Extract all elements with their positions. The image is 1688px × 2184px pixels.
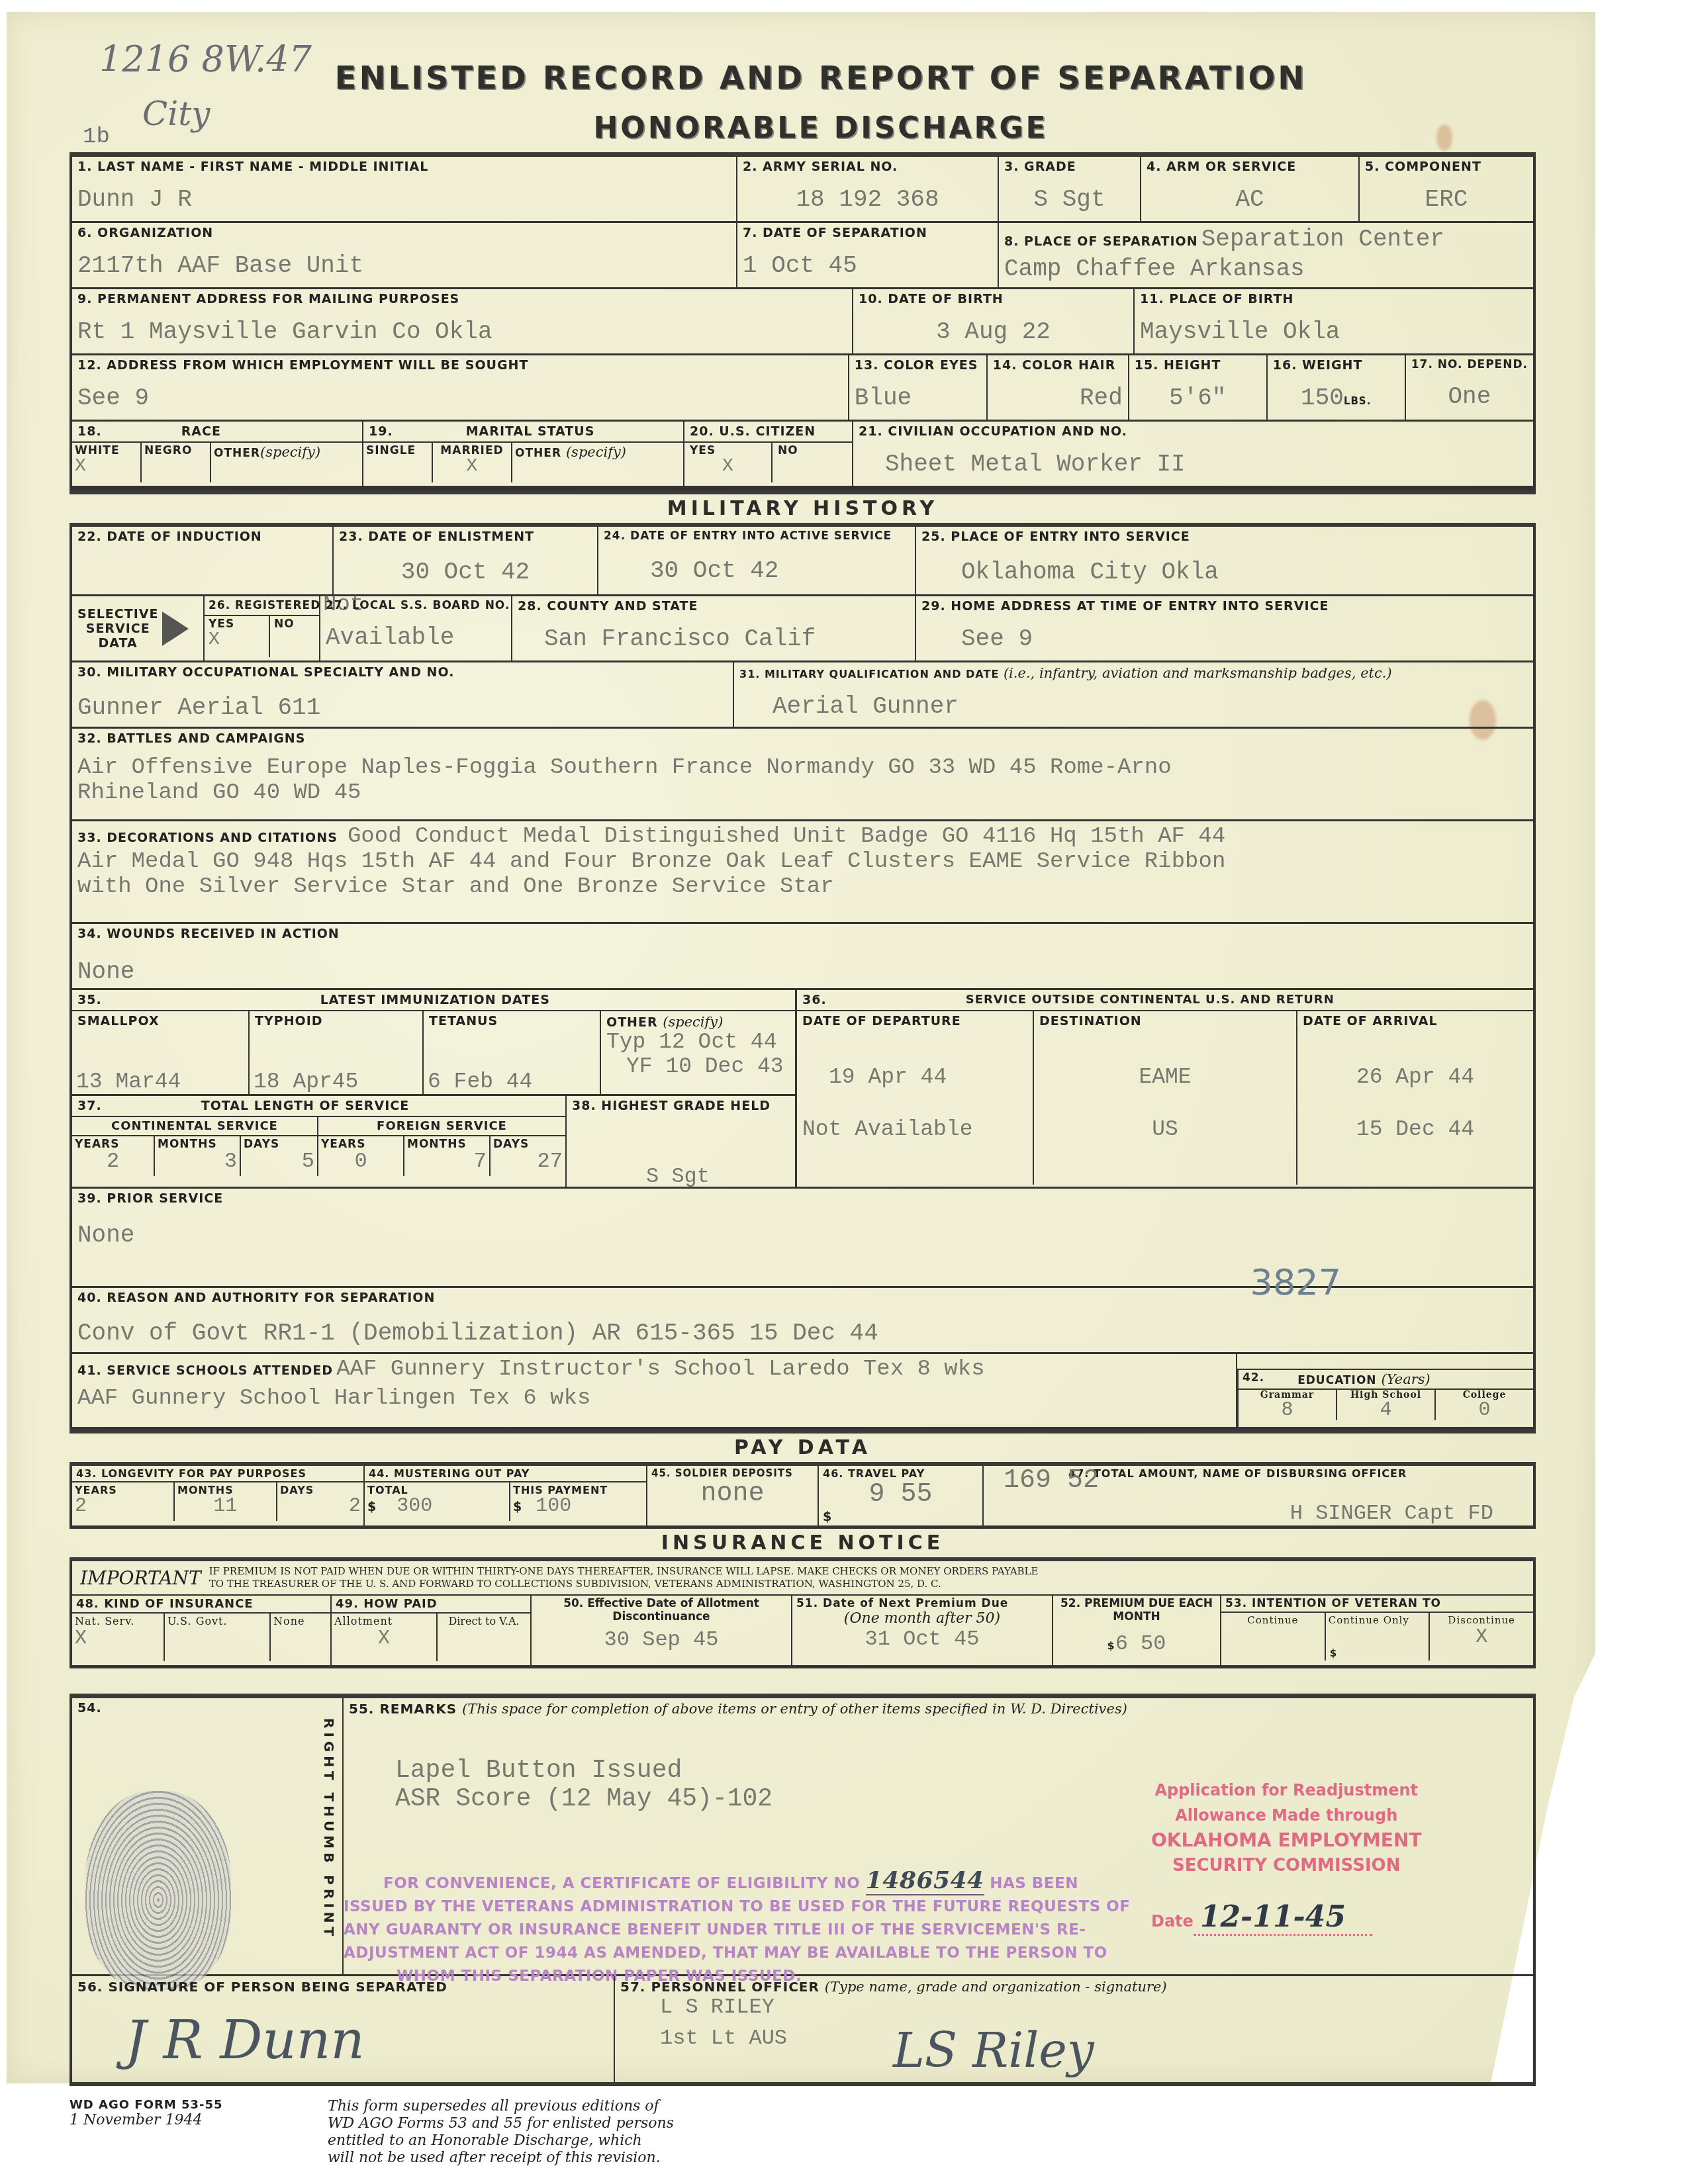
deposits-value: none (651, 1479, 814, 1509)
arm-value: AC (1147, 186, 1353, 213)
field-label: 30. MILITARY OCCUPATIONAL SPECIALTY AND … (77, 665, 727, 680)
typed-code: 1b (83, 124, 110, 150)
county-state-value: San Francisco Calif (544, 625, 910, 653)
continental-service: CONTINENTAL SERVICE YEARS2 MONTHS3 DAYS5 (72, 1117, 318, 1176)
registered-no-box[interactable]: NO (270, 616, 319, 657)
employment-stamp: Application for Readjustment Allowance M… (1151, 1778, 1422, 1934)
battles-line2: Rhineland GO 40 WD 45 (77, 780, 1528, 805)
citizen-yes-box[interactable]: YES X (684, 443, 773, 482)
field-label: EDUCATION (1297, 1374, 1376, 1387)
field-label: 8. PLACE OF SEPARATION (1004, 234, 1198, 249)
departure-value: 19 Apr 44 (829, 1065, 1027, 1089)
typhoid-cell: TYPHOID 18 Apr45 (250, 1011, 424, 1094)
option-label: MARRIED (436, 444, 508, 457)
column-label: Allotment (334, 1615, 434, 1627)
field-reason: 40. REASON AND AUTHORITY FOR SEPARATION … (72, 1288, 1533, 1354)
field-label: 51. Date of Next Premium Due (796, 1597, 1048, 1610)
currency-symbol: $ (367, 1500, 377, 1514)
stamp-text: HAS BEEN (990, 1875, 1078, 1892)
decorations-line1: Good Conduct Medal Distinguished Unit Ba… (348, 824, 1225, 849)
field-race: 18. RACE WHITE X NEGRO OTHER(specify) (72, 422, 363, 488)
home-address-entry-value: See 9 (961, 625, 1528, 653)
field-civilian-occupation: 21. CIVILIAN OCCUPATION AND NO. Sheet Me… (853, 422, 1533, 488)
field-label: 37. (77, 1099, 102, 1113)
certificate-number: 1486544 (866, 1866, 984, 1895)
officer-name: L S RILEY (660, 1995, 1528, 2019)
field-county-state: 28. COUNTY AND STATE San Francisco Calif (512, 596, 916, 662)
intent-continue-only-box[interactable]: Continue Only$ (1326, 1613, 1430, 1661)
column-label: TOTAL (367, 1484, 506, 1496)
section-insurance: INSURANCE NOTICE (70, 1529, 1536, 1561)
field-mos: 30. MILITARY OCCUPATIONAL SPECIALTY AND … (72, 662, 734, 729)
occupation-value: Sheet Metal Worker II (885, 451, 1528, 478)
stamp-text: ADJUSTMENT ACT OF 1944 AS AMENDED, THAT … (344, 1942, 1130, 1965)
stamp-text: Date (1151, 1912, 1194, 1931)
section-pay-data: PAY DATA (70, 1430, 1536, 1466)
highschool-years: 4 (1337, 1400, 1434, 1420)
immunization-header: 35. LATEST IMMUNIZATION DATES (72, 990, 795, 1011)
ss-label: DATA (77, 636, 158, 651)
field-induction: 22. DATE OF INDUCTION (72, 527, 334, 596)
race-negro-box[interactable]: NEGRO (142, 443, 211, 482)
paid-allotment-box[interactable]: AllotmentX (332, 1614, 438, 1661)
field-label: 42. (1243, 1371, 1264, 1387)
weight-value: 150 (1301, 385, 1344, 412)
field-enlistment: 23. DATE OF ENLISTMENT 30 Oct 42 (334, 527, 598, 596)
marital-single-box[interactable]: SINGLE (363, 443, 433, 482)
field-component: 5. COMPONENT ERC (1360, 157, 1533, 223)
field-label: 13. COLOR EYES (855, 358, 981, 373)
field-kind-insurance: 48. KIND OF INSURANCE Nat. Serv.X U.S. G… (72, 1596, 332, 1665)
option-label: YES (690, 444, 766, 457)
arrival-column: DATE OF ARRIVAL 26 Apr 44 15 Dec 44 (1297, 1011, 1533, 1185)
stamp-text: SECURITY COMMISSION (1151, 1853, 1422, 1878)
field-label: 41. SERVICE SCHOOLS ATTENDED (77, 1363, 333, 1378)
field-label: 11. PLACE OF BIRTH (1140, 292, 1528, 306)
field-place-birth: 11. PLACE OF BIRTH Maysville Okla (1135, 289, 1533, 355)
row-reason: 40. REASON AND AUTHORITY FOR SEPARATION … (70, 1288, 1536, 1354)
active-service-value: 30 Oct 42 (650, 557, 910, 584)
field-label: 20. U.S. CITIZEN (690, 424, 847, 439)
supersede-notice: This form supersedes all previous editio… (328, 2098, 674, 2167)
ss-label: SELECTIVE (77, 607, 158, 621)
row-address: 9. PERMANENT ADDRESS FOR MAILING PURPOSE… (70, 289, 1536, 355)
race-other-box[interactable]: OTHER(specify) (211, 443, 362, 482)
height-value: 5'6" (1135, 385, 1261, 412)
total-length: 37. TOTAL LENGTH OF SERVICE CONTINENTAL … (72, 1096, 567, 1189)
place-entry-value: Oklahoma City Okla (961, 559, 1528, 586)
field-education: 42. EDUCATION (Years) Grammar8 High Scho… (1237, 1369, 1533, 1427)
row-identity: 1. LAST NAME - FIRST NAME - MIDDLE INITI… (70, 157, 1536, 223)
column-label: YEARS (75, 1484, 171, 1496)
field-label: 17. NO. DEPEND. (1411, 358, 1528, 371)
field-label: 24. DATE OF ENTRY INTO ACTIVE SERVICE (604, 529, 910, 543)
battles-line1: Air Offensive Europe Naples-Foggia South… (77, 755, 1528, 780)
field-date-separation: 7. DATE OF SEPARATION 1 Oct 45 (737, 223, 999, 289)
field-wounds: 34. WOUNDS RECEIVED IN ACTION None (72, 924, 1533, 990)
birth-date-value: 3 Aug 22 (859, 318, 1128, 345)
component-value: ERC (1365, 186, 1528, 213)
row-physical: 12. ADDRESS FROM WHICH EMPLOYMENT WILL B… (70, 355, 1536, 422)
field-label: 6. ORGANIZATION (77, 226, 731, 240)
check-mark: X (209, 631, 265, 649)
insurance-none-box[interactable]: None (271, 1614, 330, 1661)
row-pay: 43. LONGEVITY FOR PAY PURPOSES YEARS2 MO… (70, 1466, 1536, 1529)
paid-direct-box[interactable]: Direct to V.A. (438, 1614, 530, 1661)
foreign-months: 7 (407, 1151, 487, 1172)
form-number: WD AGO FORM 53-55 (70, 2098, 223, 2112)
field-label: 43. LONGEVITY FOR PAY PURPOSES (76, 1467, 359, 1480)
field-label: 39. PRIOR SERVICE (77, 1191, 1528, 1206)
field-soldier-deposits: 45. SOLDIER DEPOSITS none (647, 1466, 819, 1525)
field-label: 53. INTENTION OF VETERAN TO (1225, 1597, 1529, 1610)
field-date-birth: 10. DATE OF BIRTH 3 Aug 22 (853, 289, 1135, 355)
field-label: 16. WEIGHT (1273, 358, 1399, 373)
column-label: THIS PAYMENT (513, 1484, 643, 1496)
schools-line2: AAF Gunnery School Harlingen Tex 6 wks (77, 1386, 1231, 1411)
field-decorations: 33. DECORATIONS AND CITATIONS Good Condu… (72, 821, 1533, 924)
currency-symbol: $ (1330, 1647, 1337, 1659)
field-label: 57. PERSONNEL OFFICER (620, 1979, 820, 1995)
intent-discontinue-box[interactable]: DiscontinueX (1430, 1613, 1533, 1661)
check-mark: X (1432, 1626, 1530, 1649)
option-hint: (specify) (260, 444, 320, 460)
departure-column: DATE OF DEPARTURE 19 Apr 44 Not Availabl… (797, 1011, 1034, 1185)
column-label: None (273, 1615, 328, 1627)
longevity-years: 2 (75, 1496, 171, 1516)
field-organization: 6. ORGANIZATION 2117th AAF Base Unit (72, 223, 737, 289)
field-label: 31. MILITARY QUALIFICATION AND DATE (739, 668, 999, 680)
serial-value: 18 192 368 (743, 186, 992, 213)
place-separation-line1: Separation Center (1201, 226, 1444, 253)
premium-value: 6 50 (1115, 1631, 1166, 1656)
column-label: Continue Only (1329, 1614, 1427, 1626)
document-subtitle: HONORABLE DISCHARGE (324, 111, 1317, 145)
field-thumbprint: 54. RIGHT THUMB PRINT (72, 1698, 344, 1976)
column-label: U.S. Govt. (167, 1615, 267, 1627)
mustering-total: 300 (397, 1496, 432, 1516)
dependents-value: One (1411, 383, 1528, 410)
field-label: 12. ADDRESS FROM WHICH EMPLOYMENT WILL B… (77, 358, 843, 373)
currency-symbol: $ (823, 1510, 832, 1524)
option-label: NEGRO (144, 444, 207, 457)
wounds-value: None (77, 958, 1528, 985)
field-battles: 32. BATTLES AND CAMPAIGNS Air Offensive … (72, 729, 1533, 821)
mustering-this-payment: 100 (536, 1496, 571, 1516)
row-status: 18. RACE WHITE X NEGRO OTHER(specify) (70, 422, 1536, 490)
check-mark: X (75, 1627, 161, 1650)
field-label: 47. TOTAL AMOUNT, NAME OF DISBURSING OFF… (1068, 1467, 1528, 1480)
field-height: 15. HEIGHT 5'6" (1129, 355, 1268, 422)
decorations-line2: Air Medal GO 948 Hqs 15th AF 44 and Four… (77, 849, 1528, 874)
field-total-amount: 47. TOTAL AMOUNT, NAME OF DISBURSING OFF… (984, 1466, 1533, 1525)
option-hint: (specify) (566, 444, 626, 460)
column-label: OTHER (606, 1015, 658, 1030)
field-label: 5. COMPONENT (1365, 159, 1528, 174)
next-premium-value: 31 Oct 45 (796, 1627, 1048, 1651)
field-longevity: 43. LONGEVITY FOR PAY PURPOSES YEARS2 MO… (72, 1466, 365, 1525)
field-employment-address: 12. ADDRESS FROM WHICH EMPLOYMENT WILL B… (72, 355, 849, 422)
field-label: SERVICE OUTSIDE CONTINENTAL U.S. AND RET… (966, 993, 1335, 1007)
field-label: 22. DATE OF INDUCTION (77, 529, 327, 544)
marital-married-box[interactable]: MARRIED X (433, 443, 512, 482)
field-label: LATEST IMMUNIZATION DATES (320, 993, 550, 1007)
foreign-service: FOREIGN SERVICE YEARS0 MONTHS7 DAYS27 (318, 1117, 565, 1176)
row-mos: 30. MILITARY OCCUPATIONAL SPECIALTY AND … (70, 662, 1536, 729)
field-intention: 53. INTENTION OF VETERAN TO Continue Con… (1221, 1596, 1533, 1665)
column-label: Continue (1224, 1614, 1322, 1626)
option-label: OTHER (515, 447, 561, 460)
field-permanent-address: 9. PERMANENT ADDRESS FOR MAILING PURPOSE… (72, 289, 853, 355)
stamp-text: ISSUED BY THE VETERANS ADMINISTRATION TO… (344, 1895, 1130, 1919)
row-decorations: 33. DECORATIONS AND CITATIONS Good Condu… (70, 821, 1536, 924)
field-personnel-officer: 57. PERSONNEL OFFICER (Type name, grade … (615, 1976, 1533, 2082)
stamped-number: 3827 (1250, 1261, 1341, 1303)
immunization-grid: SMALLPOX 13 Mar44 TYPHOID 18 Apr45 TETAN… (72, 1011, 795, 1096)
notice-line: will not be used after receipt of this r… (328, 2150, 674, 2167)
option-label: YES (209, 617, 265, 631)
row-schools: 41. SERVICE SCHOOLS ATTENDED AAF Gunnery… (70, 1354, 1536, 1430)
field-hair: 14. COLOR HAIR Red (988, 355, 1129, 422)
field-registered: 26. REGISTERED YES X NO (205, 596, 320, 662)
option-label: OTHER (214, 447, 260, 460)
form-date: 1 November 1944 (70, 2112, 223, 2128)
field-label: 52. PREMIUM DUE EACH MONTH (1057, 1597, 1216, 1623)
field-label: 38. HIGHEST GRADE HELD (572, 1099, 790, 1113)
field-label: 45. SOLDIER DEPOSITS (651, 1467, 814, 1479)
option-label: WHITE (75, 444, 138, 457)
weight-unit: LBS. (1344, 395, 1372, 407)
field-weight: 16. WEIGHT 150LBS. (1268, 355, 1406, 422)
total-amount-value: 169 52 (1004, 1466, 1099, 1496)
discharge-form: 1. LAST NAME - FIRST NAME - MIDDLE INITI… (70, 152, 1536, 2184)
hair-value: Red (993, 385, 1123, 412)
field-label: 23. DATE OF ENLISTMENT (339, 529, 592, 544)
field-hint: (One month after 50) (796, 1610, 1048, 1627)
field-label: 54. (77, 1701, 337, 1715)
effective-date-value: 30 Sep 45 (536, 1627, 787, 1652)
row-remarks: 54. RIGHT THUMB PRINT 55. REMARKS (This … (70, 1698, 1536, 1976)
citizen-no-box[interactable]: NO (773, 443, 852, 482)
thumb-print-label: RIGHT THUMB PRINT (321, 1718, 337, 1940)
foreign-years: 0 (321, 1151, 400, 1172)
row-organization: 6. ORGANIZATION 2117th AAF Base Unit 7. … (70, 223, 1536, 289)
field-label: 19. (369, 424, 393, 439)
schools-line1: AAF Gunnery Instructor's School Laredo T… (336, 1357, 984, 1382)
veteran-signature: J R Dunn (125, 2009, 365, 2071)
insurance-usgovt-box[interactable]: U.S. Govt. (165, 1614, 271, 1661)
row-entry: 22. DATE OF INDUCTION 23. DATE OF ENLIST… (70, 527, 1536, 596)
row-insurance-notice: IMPORTANT IF PREMIUM IS NOT PAID WHEN DU… (70, 1561, 1536, 1596)
mos-value: Gunner Aerial 611 (77, 694, 727, 721)
field-grade: 3. GRADE S Sgt (999, 157, 1141, 223)
notice-line: This form supersedes all previous editio… (328, 2098, 674, 2115)
field-label: 27. LOCAL S.S. BOARD NO. (326, 599, 506, 612)
column-label: Discontinue (1432, 1614, 1530, 1626)
intent-continue-box[interactable]: Continue (1221, 1613, 1326, 1661)
check-mark: X (690, 457, 766, 476)
continental-days: 5 (244, 1151, 314, 1172)
arrival-value: 15 Dec 44 (1303, 1117, 1528, 1142)
field-signature-separated: 56. SIGNATURE OF PERSON BEING SEPARATED … (72, 1976, 615, 2082)
highest-grade-value: S Sgt (646, 1164, 710, 1189)
field-label: 10. DATE OF BIRTH (859, 292, 1128, 306)
field-label: TOTAL LENGTH OF SERVICE (201, 1099, 410, 1113)
field-label: 21. CIVILIAN OCCUPATION AND NO. (859, 424, 1528, 439)
field-label: 32. BATTLES AND CAMPAIGNS (77, 731, 1528, 746)
stamp-text: Application for Readjustment (1151, 1778, 1422, 1803)
decorations-line3: with One Silver Service Star and One Bro… (77, 874, 1528, 899)
field-label: FOREIGN SERVICE (320, 1119, 563, 1133)
selective-service-block: SELECTIVE SERVICE DATA (72, 596, 205, 662)
field-label: 14. COLOR HAIR (993, 358, 1123, 373)
field-label: 44. MUSTERING OUT PAY (369, 1467, 642, 1480)
smallpox-cell: SMALLPOX 13 Mar44 (72, 1011, 250, 1094)
destination-value: US (1039, 1117, 1291, 1142)
longevity-days: 2 (280, 1496, 361, 1516)
service-outside-block: 36. SERVICE OUTSIDE CONTINENTAL U.S. AND… (797, 990, 1533, 1189)
race-white-box[interactable]: WHITE X (72, 443, 142, 482)
currency-symbol: $ (1107, 1639, 1115, 1652)
stamp-text: Allowance Made through (1151, 1803, 1422, 1828)
check-mark: X (75, 457, 138, 476)
form-footer: WD AGO FORM 53-55 1 November 1944 This f… (70, 2086, 1536, 2184)
va-eligibility-stamp: FOR CONVENIENCE, A CERTIFICATE OF ELIGIB… (344, 1869, 1130, 1988)
column-label: DATE OF ARRIVAL (1303, 1014, 1528, 1028)
field-place-separation: 8. PLACE OF SEPARATION Separation Center… (999, 223, 1533, 289)
officer-signature: LS Riley (893, 2023, 1094, 2078)
field-home-address-entry: 29. HOME ADDRESS AT TIME OF ENTRY INTO S… (916, 596, 1533, 662)
row-selective-service: SELECTIVE SERVICE DATA 26. REGISTERED YE… (70, 596, 1536, 662)
important-label: IMPORTANT (72, 1567, 209, 1589)
smallpox-value: 13 Mar44 (76, 1069, 181, 1094)
foreign-days: 27 (493, 1151, 563, 1172)
field-next-premium: 51. Date of Next Premium Due (One month … (792, 1596, 1053, 1665)
field-label: 35. (77, 993, 102, 1007)
section-military-history: MILITARY HISTORY (70, 490, 1536, 527)
field-label: 18. (77, 424, 102, 439)
column-label: TETANUS (429, 1014, 594, 1028)
field-label: 1. LAST NAME - FIRST NAME - MIDDLE INITI… (77, 159, 731, 174)
college-years: 0 (1436, 1400, 1533, 1420)
field-label: 56. SIGNATURE OF PERSON BEING SEPARATED (77, 1979, 608, 1995)
field-label: MARITAL STATUS (466, 424, 595, 439)
field-active-service: 24. DATE OF ENTRY INTO ACTIVE SERVICE 30… (598, 527, 916, 596)
destination-value: EAME (1039, 1065, 1291, 1089)
field-marital: 19. MARITAL STATUS SINGLE MARRIED X OTHE… (363, 422, 684, 488)
notice-line: IF PREMIUM IS NOT PAID WHEN DUE OR WITHI… (209, 1565, 1039, 1578)
field-citizen: 20. U.S. CITIZEN YES X NO (684, 422, 853, 488)
insurance-natserv-box[interactable]: Nat. Serv.X (72, 1614, 165, 1661)
document-page: 1216 8W.47 City 1b ENLISTED RECORD AND R… (7, 12, 1595, 2083)
place-separation-line2: Camp Chaffee Arkansas (1004, 255, 1528, 283)
option-label: NO (274, 617, 315, 631)
longevity-months: 11 (177, 1496, 273, 1516)
field-hint: (This space for completion of above item… (462, 1701, 1127, 1717)
field-label: 26. REGISTERED (209, 599, 315, 612)
disbursing-officer-value: H SINGER Capt FD (1290, 1501, 1493, 1525)
currency-symbol: $ (513, 1500, 522, 1514)
field-eyes: 13. COLOR EYES Blue (849, 355, 988, 422)
notice-line: WD AGO Forms 53 and 55 for enlisted pers… (328, 2115, 674, 2132)
check-mark: X (436, 457, 508, 476)
row-battles: 32. BATTLES AND CAMPAIGNS Air Offensive … (70, 729, 1536, 821)
field-label: 36. (802, 993, 827, 1007)
eyes-value: Blue (855, 385, 981, 412)
column-label: DESTINATION (1039, 1014, 1291, 1028)
reason-value: Conv of Govt RR1-1 (Demobilization) AR 6… (77, 1320, 1528, 1347)
handwritten-file-number: 1216 8W.47 (99, 38, 312, 80)
ss-label: SERVICE (77, 621, 158, 636)
field-schools: 41. SERVICE SCHOOLS ATTENDED AAF Gunnery… (72, 1354, 1237, 1427)
qualification-value: Aerial Gunner (773, 693, 1528, 720)
grade-value: S Sgt (1004, 186, 1135, 213)
birth-place-value: Maysville Okla (1140, 318, 1528, 345)
column-label: TYPHOID (255, 1014, 417, 1028)
field-label: 46. TRAVEL PAY (823, 1467, 978, 1480)
field-hint: (Type name, grade and organization - sig… (825, 1979, 1167, 1995)
other-immunization-line1: Typ 12 Oct 44 (606, 1030, 790, 1054)
rust-stain (1436, 124, 1452, 151)
column-label: Nat. Serv. (75, 1615, 161, 1627)
form-number-block: WD AGO FORM 53-55 1 November 1944 (70, 2098, 223, 2128)
stamp-text: FOR CONVENIENCE, A CERTIFICATE OF ELIGIB… (383, 1875, 860, 1892)
organization-value: 2117th AAF Base Unit (77, 252, 731, 279)
destination-column: DESTINATION EAME US (1034, 1011, 1297, 1185)
field-arm: 4. ARM OR SERVICE AC (1141, 157, 1360, 223)
field-dependents: 17. NO. DEPEND. One (1406, 355, 1533, 422)
field-label: 28. COUNTY AND STATE (518, 599, 910, 614)
field-qualification: 31. MILITARY QUALIFICATION AND DATE (i.e… (734, 662, 1533, 729)
row-insurance: 48. KIND OF INSURANCE Nat. Serv.X U.S. G… (70, 1596, 1536, 1668)
field-hint: (i.e., infantry, aviation and marksmansh… (1004, 665, 1392, 681)
field-mustering-pay: 44. MUSTERING OUT PAY TOTAL$300 THIS PAY… (365, 1466, 647, 1525)
column-label: SMALLPOX (77, 1014, 243, 1028)
tetanus-value: 6 Feb 44 (428, 1069, 532, 1094)
field-label: 4. ARM OR SERVICE (1147, 159, 1353, 174)
service-length-grid: 37. TOTAL LENGTH OF SERVICE CONTINENTAL … (72, 1096, 795, 1189)
fingerprint-image (85, 1791, 231, 1989)
stamp-text: ANY GUARANTY OR INSURANCE BENEFIT UNDER … (344, 1919, 1130, 1942)
field-label: 48. KIND OF INSURANCE (76, 1597, 326, 1611)
column-label: DATE OF DEPARTURE (802, 1014, 1027, 1028)
typhoid-value: 18 Apr45 (254, 1069, 358, 1094)
field-label: 33. DECORATIONS AND CITATIONS (77, 831, 338, 845)
row-wounds: 34. WOUNDS RECEIVED IN ACTION None (70, 924, 1536, 990)
field-travel-pay: 46. TRAVEL PAY $ 9 55 (819, 1466, 984, 1525)
document-title: ENLISTED RECORD AND REPORT OF SEPARATION (324, 60, 1317, 97)
marital-other-box[interactable]: OTHER (specify) (512, 443, 683, 482)
ss-board-value-line2: Available (326, 624, 506, 651)
field-label: 34. WOUNDS RECEIVED IN ACTION (77, 927, 1528, 941)
field-place-entry: 25. PLACE OF ENTRY INTO SERVICE Oklahoma… (916, 527, 1533, 596)
arrival-value: 26 Apr 44 (1303, 1065, 1528, 1089)
field-highest-grade: 38. HIGHEST GRADE HELD S Sgt (567, 1096, 795, 1189)
field-premium-due: 52. PREMIUM DUE EACH MONTH $6 50 (1053, 1596, 1221, 1665)
important-text: IF PREMIUM IS NOT PAID WHEN DUE OR WITHI… (209, 1565, 1039, 1590)
check-mark: X (334, 1627, 434, 1650)
name-value: Dunn J R (77, 186, 731, 213)
other-immunization-cell: OTHER (specify) Typ 12 Oct 44 YF 10 Dec … (601, 1011, 795, 1094)
field-label: 50. Effective Date of Allotment Disconti… (536, 1597, 787, 1623)
field-remarks: 55. REMARKS (This space for completion o… (344, 1698, 1533, 1976)
field-label: 3. GRADE (1004, 159, 1135, 174)
field-label: 15. HEIGHT (1135, 358, 1261, 373)
column-hint: (specify) (663, 1014, 723, 1030)
field-label: 29. HOME ADDRESS AT TIME OF ENTRY INTO S… (921, 599, 1528, 614)
departure-value: Not Available (802, 1117, 1027, 1142)
registered-yes-box[interactable]: YES X (205, 616, 270, 657)
